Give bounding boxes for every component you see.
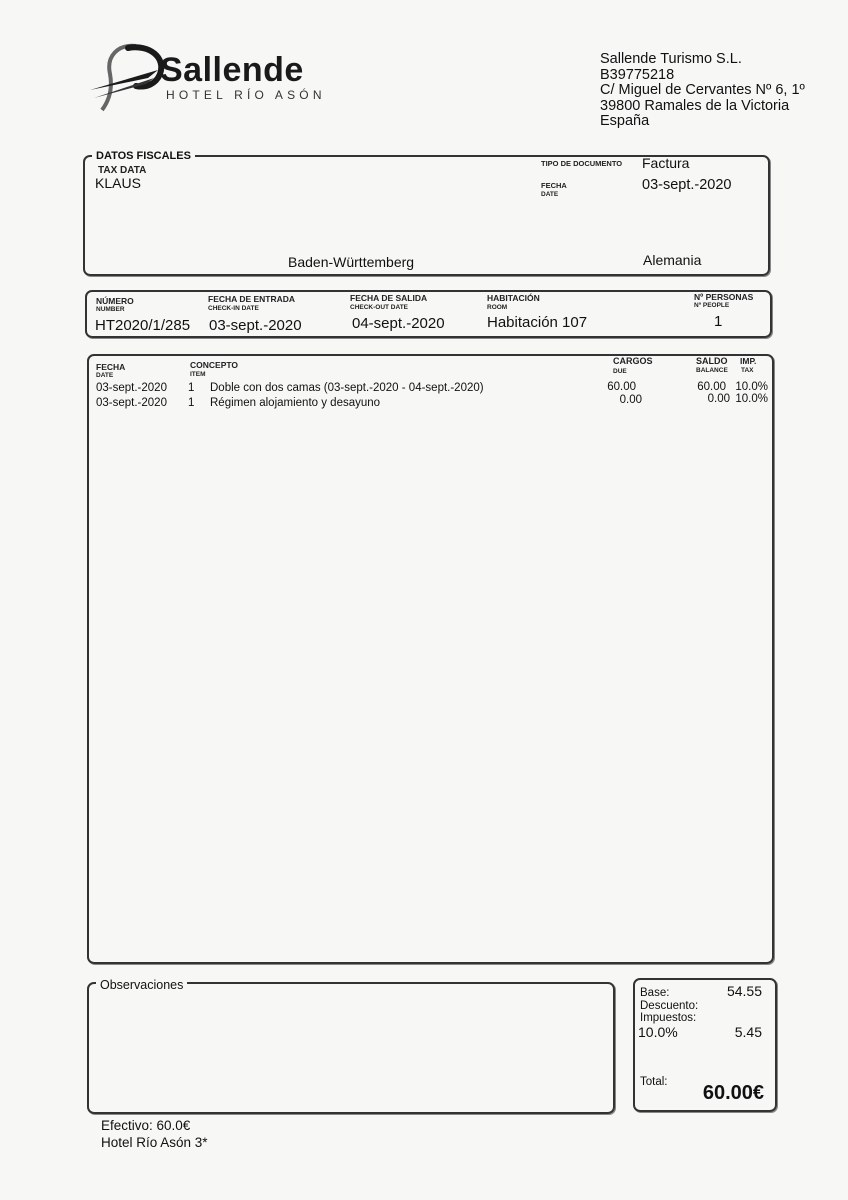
tax-data-legend: DATOS FISCALES xyxy=(92,151,195,162)
total-label: Total: xyxy=(640,1076,668,1089)
invoice-date: 03-sept.-2020 xyxy=(642,176,731,194)
tax-rate: 10.0% xyxy=(638,1024,678,1040)
col-balance-header-en: BALANCE xyxy=(696,367,728,375)
sallende-logo-icon xyxy=(88,40,168,112)
checkin-label: FECHA DE ENTRADA xyxy=(208,294,295,304)
row-tax: 10.0% xyxy=(726,393,768,406)
total-amount: 60.00€ xyxy=(680,1082,764,1105)
date-label: FECHA xyxy=(541,181,567,191)
people-label: Nº PERSONAS xyxy=(694,292,753,302)
checkout-date: 04-sept.-2020 xyxy=(352,315,445,333)
tax-amount: 5.45 xyxy=(700,1024,762,1040)
company-address: C/ Miguel de Cervantes Nº 6, 1º xyxy=(600,83,805,99)
col-balance-header: SALDO xyxy=(696,356,728,366)
col-due-header-en: DUE xyxy=(613,368,627,376)
items-box xyxy=(87,354,774,964)
people-label-en: Nº PEOPLE xyxy=(694,302,729,310)
col-item-header-en: ITEM xyxy=(190,371,206,379)
room-label: HABITACIÓN xyxy=(487,293,540,303)
row-date: 03-sept.-2020 xyxy=(96,397,167,410)
doc-type-label: TIPO DE DOCUMENTO xyxy=(541,159,622,169)
base-amount: 54.55 xyxy=(700,983,762,999)
observations-legend: Observaciones xyxy=(96,979,187,992)
checkin-label-en: CHECK-IN DATE xyxy=(208,305,259,313)
col-tax-header: IMP. xyxy=(740,356,756,366)
observations-box xyxy=(87,982,615,1114)
taxes-label: Impuestos: xyxy=(640,1012,696,1025)
company-tax-id: B39775218 xyxy=(600,68,805,84)
col-date-header-en: DATE xyxy=(96,372,113,380)
col-item-header: CONCEPTO xyxy=(190,360,238,370)
customer-name: KLAUS xyxy=(95,174,141,192)
doc-type: Factura xyxy=(642,154,689,172)
customer-country: Alemania xyxy=(643,251,701,269)
row-qty: 1 xyxy=(188,397,194,410)
row-date: 03-sept.-2020 xyxy=(96,382,167,395)
row-concept: Doble con dos camas (03-sept.-2020 - 04-… xyxy=(210,382,484,395)
invoice-number: HT2020/1/285 xyxy=(95,317,190,335)
logo-subtitle: HOTEL RÍO ASÓN xyxy=(166,89,326,102)
company-country: España xyxy=(600,114,805,130)
base-label: Base: xyxy=(640,987,669,1000)
payment-method: Efectivo: 60.0€ xyxy=(101,1118,190,1134)
people-count: 1 xyxy=(714,313,722,331)
date-label-en: DATE xyxy=(541,191,558,199)
customer-region: Baden-Württemberg xyxy=(288,253,414,271)
checkout-label: FECHA DE SALIDA xyxy=(350,293,427,303)
col-date-header: FECHA xyxy=(96,362,125,372)
checkin-date: 03-sept.-2020 xyxy=(209,317,302,335)
col-due-header: CARGOS xyxy=(613,356,653,366)
company-info: Sallende Turismo S.L. B39775218 C/ Migue… xyxy=(600,52,805,130)
logo-name: Sallende xyxy=(160,52,304,88)
company-city: 39800 Ramales de la Victoria xyxy=(600,99,805,115)
row-balance: 0.00 xyxy=(684,393,730,406)
room-label-en: ROOM xyxy=(487,304,507,312)
row-due: 60.00 xyxy=(590,381,636,394)
number-label-en: NUMBER xyxy=(96,306,125,314)
row-concept: Régimen alojamiento y desayuno xyxy=(210,397,380,410)
room-value: Habitación 107 xyxy=(487,314,587,332)
row-due: 0.00 xyxy=(596,394,642,407)
number-label: NÚMERO xyxy=(96,296,134,306)
row-qty: 1 xyxy=(188,382,194,395)
col-tax-header-en: TAX xyxy=(741,367,754,375)
hotel-name: Hotel Río Asón 3* xyxy=(101,1135,208,1151)
checkout-label-en: CHECK-OUT DATE xyxy=(350,304,408,312)
discount-label: Descuento: xyxy=(640,1000,698,1013)
company-name: Sallende Turismo S.L. xyxy=(600,52,805,68)
